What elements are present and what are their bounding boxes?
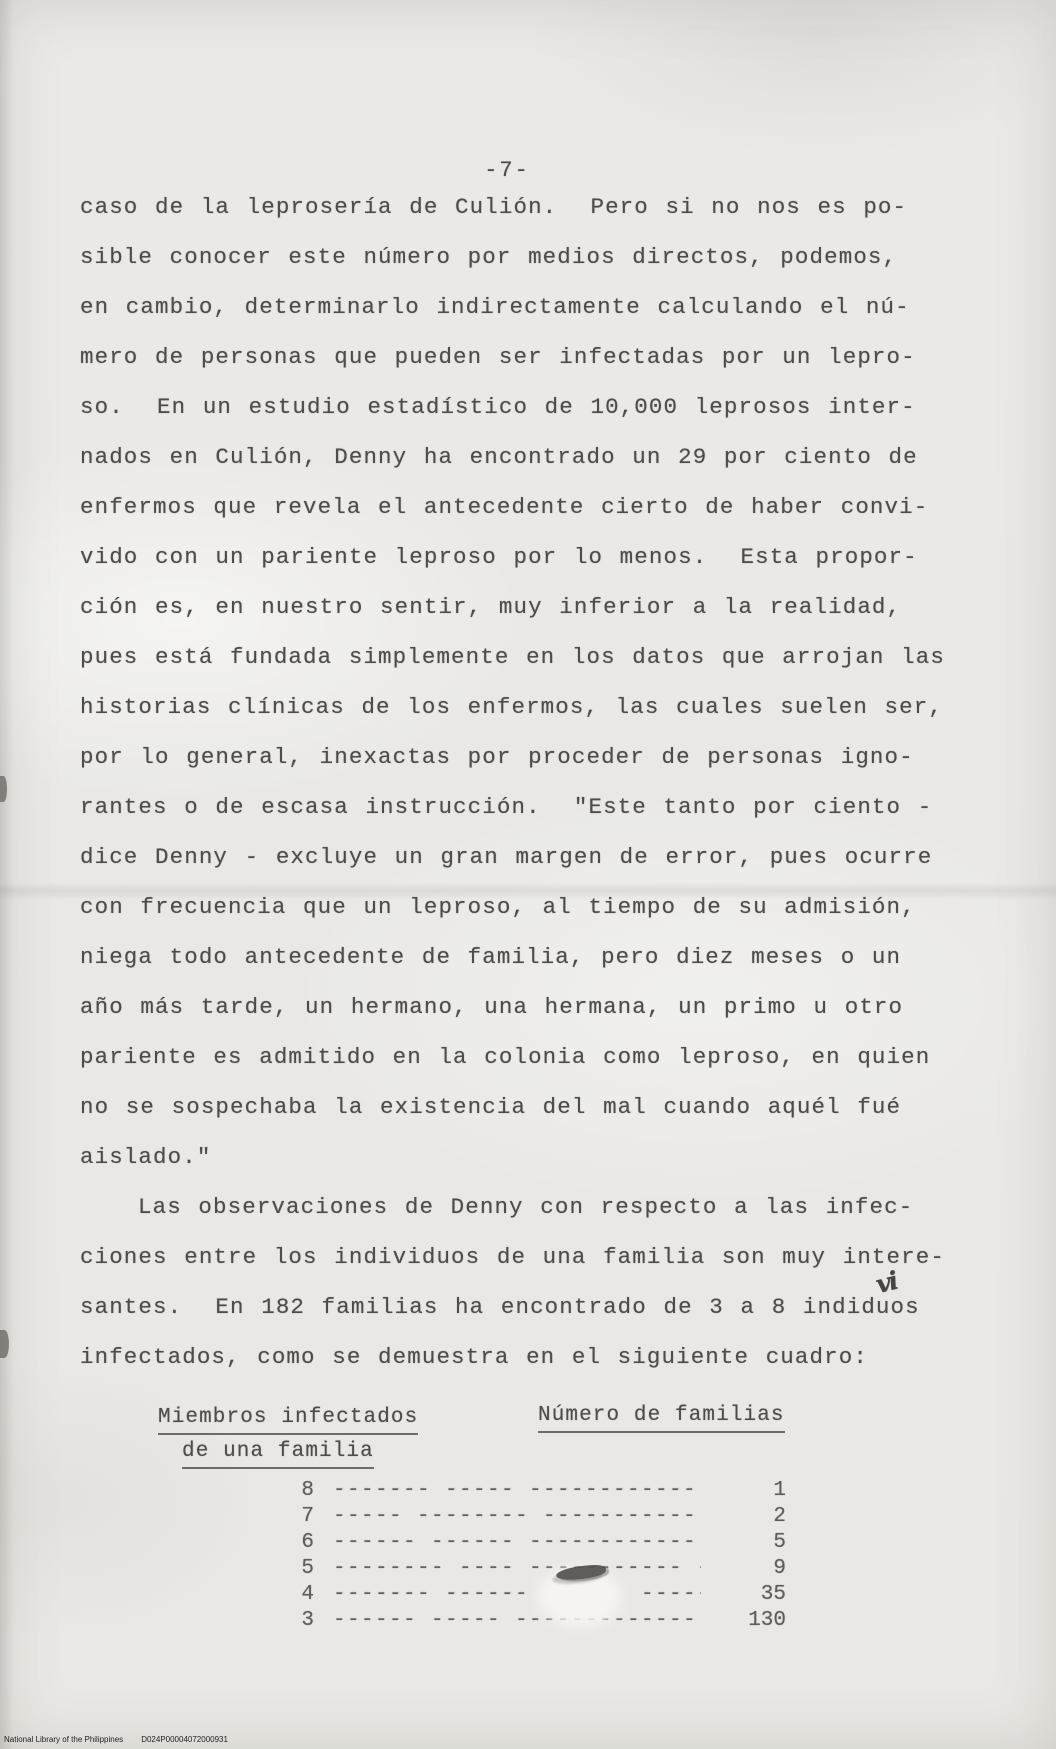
text-line: pariente es admitido en la colonia como … [80, 1032, 972, 1082]
members-infected-value: 8 [268, 1478, 314, 1504]
members-infected-value: 4 [268, 1582, 314, 1608]
number-of-families-value: 35 [696, 1582, 786, 1608]
text-line: año más tarde, un hermano, una hermana, … [80, 982, 972, 1032]
text-line: santes. En 182 familias ha encontrado de… [80, 1282, 972, 1332]
table-col1-header-line2: de una familia [182, 1440, 374, 1469]
members-infected-value: 5 [268, 1556, 314, 1582]
table-row: 5 -------- ---- ----------- --- 9 [0, 1556, 1056, 1582]
dash-leader: ------- ----- ------------ -- [333, 1478, 701, 1504]
number-of-families-value: 5 [696, 1530, 786, 1556]
scan-id: D024P00004072000931 [141, 1735, 228, 1744]
text-line: ciones entre los individuos de una famil… [80, 1232, 972, 1282]
text-line: enfermos que revela el antecedente ciert… [80, 482, 972, 532]
text-line: con frecuencia que un leproso, al tiempo… [80, 882, 972, 932]
text-line: en cambio, determinarlo indirectamente c… [80, 282, 972, 332]
document-body: caso de la leprosería de Culión. Pero si… [80, 182, 972, 1382]
left-edge-ink-mark [0, 1330, 9, 1358]
library-watermark: National Library of the Philippines D024… [4, 1735, 228, 1744]
library-name: National Library of the Philippines [4, 1735, 123, 1744]
text-line: dice Denny - excluye un gran margen de e… [80, 832, 972, 882]
members-infected-value: 7 [268, 1504, 314, 1530]
text-line: caso de la leprosería de Culión. Pero si… [80, 182, 972, 232]
dash-leader: ------- ------ ----- ----- -- [333, 1582, 701, 1608]
dash-leader: -------- ---- ----------- --- [333, 1556, 701, 1582]
table-row: 8 ------- ----- ------------ -- 1 [0, 1478, 1056, 1504]
text-line-paragraph-start: Las observaciones de Denny con respecto … [80, 1182, 972, 1232]
page-number: -7- [452, 158, 562, 183]
members-infected-value: 6 [268, 1530, 314, 1556]
number-of-families-value: 130 [696, 1608, 786, 1634]
text-line: mero de personas que pueden ser infectad… [80, 332, 972, 382]
white-out-blot [546, 1576, 612, 1618]
number-of-families-value: 2 [696, 1504, 786, 1530]
number-of-families-value: 9 [696, 1556, 786, 1582]
table-row: 4 ------- ------ ----- ----- -- 35 [0, 1582, 1056, 1608]
left-edge-ink-mark [0, 776, 7, 802]
text-line: rantes o de escasa instrucción. "Este ta… [80, 782, 972, 832]
text-line: ción es, en nuestro sentir, muy inferior… [80, 582, 972, 632]
text-line: so. En un estudio estadístico de 10,000 … [80, 382, 972, 432]
members-infected-value: 3 [268, 1608, 314, 1634]
table-col1-header-line1: Miembros infectados [158, 1406, 418, 1435]
number-of-families-value: 1 [696, 1478, 786, 1504]
table-col2-header: Número de familias [538, 1404, 785, 1433]
text-line: infectados, como se demuestra en el sigu… [80, 1332, 972, 1382]
dash-leader: ------ ------ ------------ -- [333, 1530, 701, 1556]
text-line: sible conocer este número por medios dir… [80, 232, 972, 282]
dash-leader: ----- -------- ----------- -- [333, 1504, 701, 1530]
text-line: por lo general, inexactas por proceder d… [80, 732, 972, 782]
text-line: niega todo antecedente de familia, pero … [80, 932, 972, 982]
table-row: 3 ------ ----- ------------- -- 130 [0, 1608, 1056, 1634]
text-line: vido con un pariente leproso por lo meno… [80, 532, 972, 582]
text-line: aislado." [80, 1132, 972, 1182]
table-row: 6 ------ ------ ------------ -- 5 [0, 1530, 1056, 1556]
text-line: pues está fundada simplemente en los dat… [80, 632, 972, 682]
text-line: no se sospechaba la existencia del mal c… [80, 1082, 972, 1132]
table-row: 7 ----- -------- ----------- -- 2 [0, 1504, 1056, 1530]
text-line: historias clínicas de los enfermos, las … [80, 682, 972, 732]
text-line: nados en Culión, Denny ha encontrado un … [80, 432, 972, 482]
dash-leader: ------ ----- ------------- -- [333, 1608, 701, 1634]
